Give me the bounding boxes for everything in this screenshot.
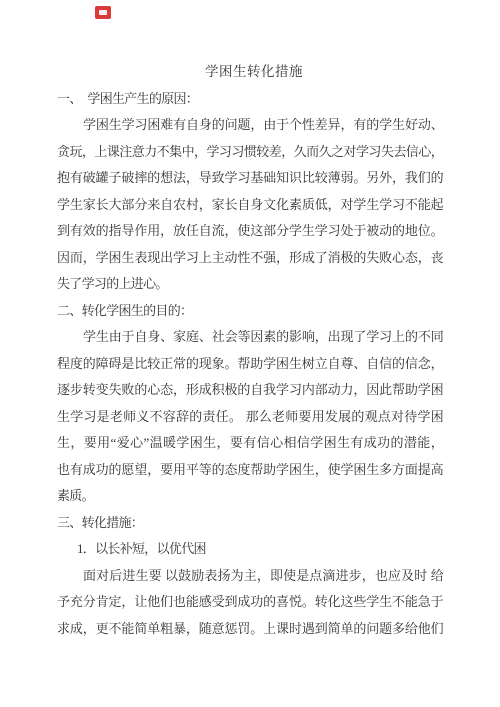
text-line: 失了学习的上进心。 <box>57 271 443 298</box>
text-line: 素质。 <box>57 483 443 510</box>
text-line: 到有效的指导作用，放任自流，使这部分学生学习处于被动的地位。 <box>57 218 443 245</box>
document-body: 学困生转化措施一、 学困生产生的原因：学困生学习困难有自身的问题，由于个性差异，… <box>57 59 443 642</box>
text-line: 因而，学困生表现出学习上主动性不强，形成了消极的失败心态，丧 <box>57 245 443 272</box>
text-line: 程度的障碍是比较正常的现象。帮助学困生树立自尊、自信的信念， <box>57 351 443 378</box>
text-line: 贪玩，上课注意力不集中，学习习惯较差，久而久之对学习失去信心， <box>57 139 443 166</box>
text-line: 面对后进生要 以鼓励表扬为主，即使是点滴进步，也应及时 给 <box>57 563 443 590</box>
list-item-heading: 1．以长补短，以优代困 <box>57 536 443 563</box>
text-line: 学生由于自身、家庭、社会等因素的影响，出现了学习上的不同 <box>57 324 443 351</box>
section-heading: 一、 学困生产生的原因： <box>57 86 443 113</box>
text-line: 学生家长大部分来自农村，家长自身文化素质低，对学生学习不能起 <box>57 192 443 219</box>
logo-icon <box>95 6 111 19</box>
text-line: 逐步转变失败的心态，形成积极的自我学习内部动力，因此帮助学困 <box>57 377 443 404</box>
text-line: 求成，更不能简单粗暴，随意惩罚。上课时遇到简单的问题多给他们 <box>57 616 443 643</box>
text-line: 予充分肯定，让他们也能感受到成功的喜悦。转化这些学生不能急于 <box>57 589 443 616</box>
text-line: 生，要用“爱心”温暖学困生，要有信心相信学困生有成功的潜能， <box>57 430 443 457</box>
text-line: 学困生学习困难有自身的问题，由于个性差异，有的学生好动、 <box>57 112 443 139</box>
doc-title: 学困生转化措施 <box>61 59 447 86</box>
text-line: 抱有破罐子破摔的想法，导致学习基础知识比较薄弱。另外，我们的 <box>57 165 443 192</box>
text-line: 生学习是老师义不容辞的责任。 那么老师要用发展的观点对待学困 <box>57 404 443 431</box>
text-line: 也有成功的愿望，要用平等的态度帮助学困生，使学困生多方面提高 <box>57 457 443 484</box>
document-page: 学困生转化措施一、 学困生产生的原因：学困生学习困难有自身的问题，由于个性差异，… <box>0 0 500 707</box>
section-heading: 二、转化学困生的目的： <box>57 298 443 325</box>
section-heading: 三、转化措施： <box>57 510 443 537</box>
